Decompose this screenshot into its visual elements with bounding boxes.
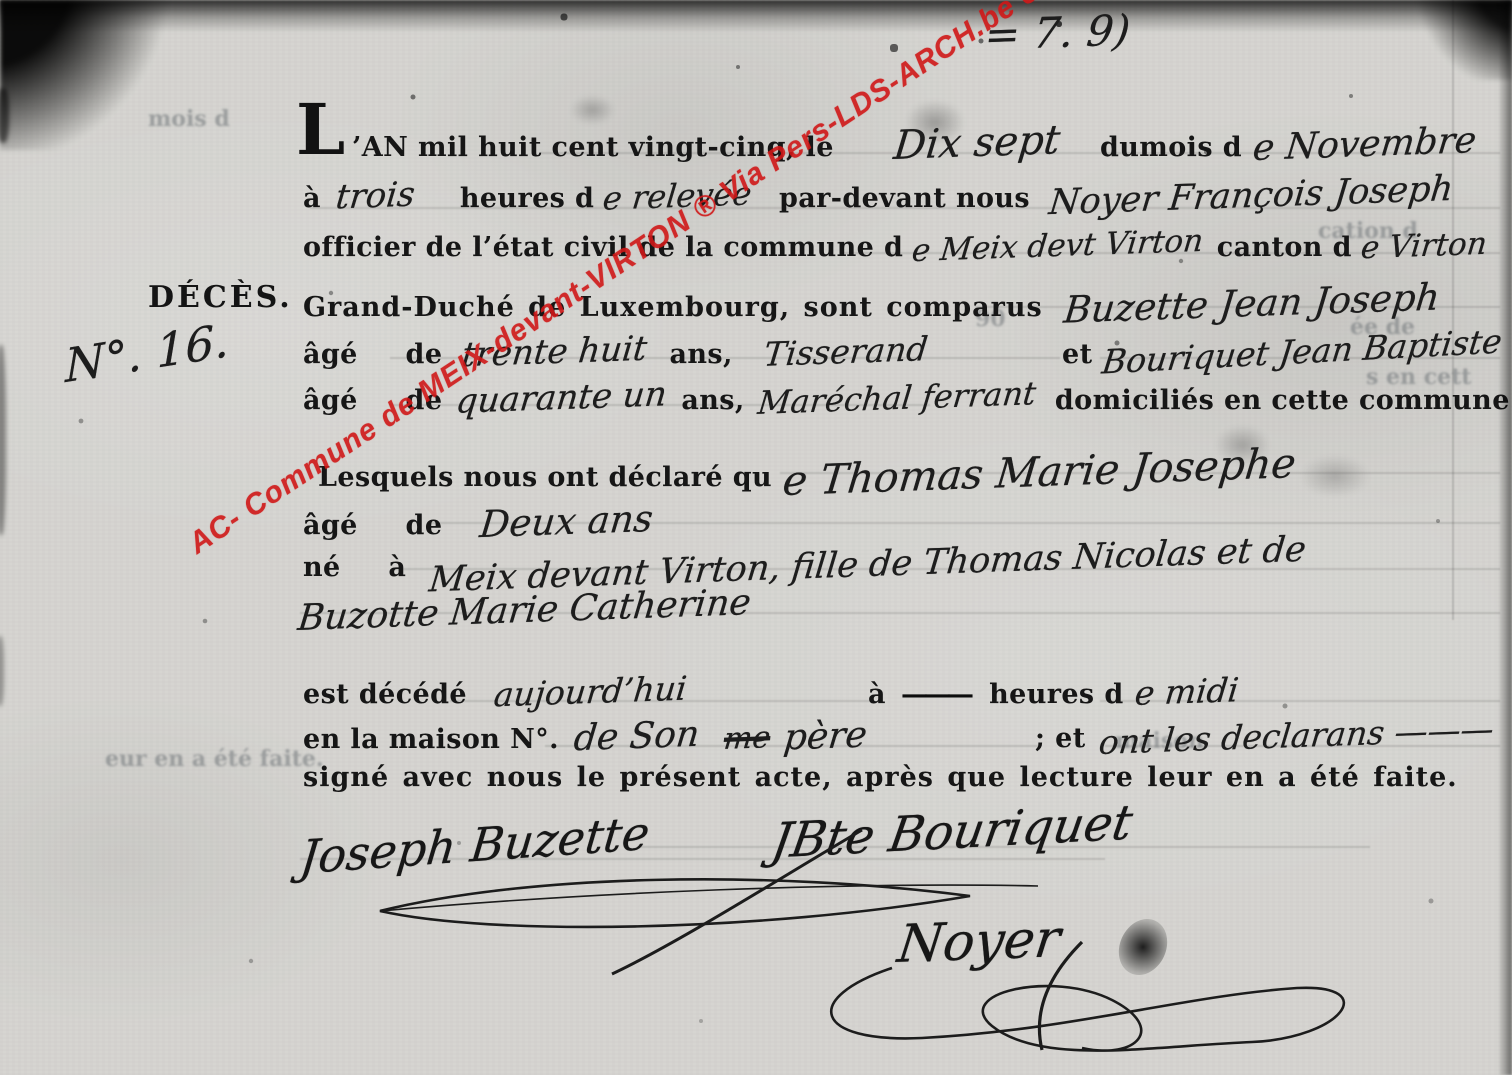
- handwritten-deceased-age: Deux ans: [477, 497, 654, 546]
- handwritten-deceased-name: e Thomas Marie Josephe: [781, 439, 1299, 505]
- handwritten-death-day: aujourd’hui: [492, 669, 689, 715]
- form-line-1: ’AN mil huit cent vingt-cinq, le Dix sep…: [352, 120, 1476, 166]
- blank-dash: ———: [901, 679, 970, 710]
- printed-text: ans,: [681, 385, 744, 416]
- scan-edge-right: [1498, 0, 1512, 1075]
- handwritten-occupation1: Tisserand: [762, 329, 930, 374]
- printed-text: Grand-Duché de Luxembourg, sont comparus: [303, 292, 1043, 323]
- printed-text: âgé de: [303, 339, 442, 370]
- printed-text: Lesquels nous ont déclaré qu: [318, 462, 772, 493]
- form-line-11b: à ——— heures d e midi: [868, 672, 1238, 711]
- printed-text: ans,: [669, 339, 732, 370]
- form-line-13: signé avec nous le présent acte, après q…: [303, 762, 1458, 793]
- printed-text: heures d: [460, 183, 595, 214]
- form-line-3: officier de l’état civil de la commune d…: [303, 228, 1487, 264]
- scan-corner-top-right: [1402, 0, 1512, 80]
- form-line-4: Grand-Duché de Luxembourg, sont comparus…: [303, 282, 1439, 325]
- form-line-9: né à Meix devant Virton, fille de Thomas…: [303, 545, 1307, 585]
- handwritten-day: Dix sept: [892, 117, 1063, 169]
- form-line-5b: et Bouriquet Jean Baptiste: [1062, 332, 1502, 371]
- printed-text: à: [868, 679, 886, 710]
- scan-edge-mark: [0, 345, 6, 535]
- printed-text: par-devant nous: [779, 183, 1030, 214]
- printed-text: signé avec nous le présent acte, après q…: [303, 762, 1458, 793]
- scanned-death-record: { "page": { "paper_color": "#d6d5d1", "i…: [0, 0, 1512, 1075]
- form-line-12b: ; et ont les declarans ———: [1035, 716, 1494, 755]
- handwritten-age2: quarante un: [453, 374, 668, 422]
- printed-text: canton d: [1217, 232, 1352, 263]
- printed-text: ; et: [1035, 723, 1086, 754]
- form-line-2: à trois heures d e relevée par-devant no…: [303, 176, 1453, 216]
- section-label: DÉCÈS.: [148, 280, 293, 315]
- scan-edge-top: [0, 0, 1512, 32]
- handwritten-hour: trois: [334, 175, 417, 218]
- scan-corner-top-left: [0, 0, 170, 150]
- handwritten-relation: père: [782, 714, 869, 758]
- printed-text: domiciliés en cette commune.: [1055, 385, 1512, 416]
- handwritten-mother-name: Buzotte Marie Catherine: [296, 582, 753, 639]
- form-line-7: Lesquels nous ont déclaré qu e Thomas Ma…: [318, 448, 1296, 496]
- handwritten-canton: e Virton: [1359, 226, 1489, 267]
- bleedthrough-text: eur en a été faite.: [105, 746, 324, 772]
- handwritten-occupation2: Maréchal ferrant: [756, 374, 1038, 422]
- form-line-10: Buzotte Marie Catherine: [298, 590, 751, 631]
- printed-text: dumois d: [1100, 132, 1242, 163]
- dropcap-initial: L: [296, 88, 345, 171]
- signature-officer: Noyer: [894, 909, 1063, 975]
- printed-text: et: [1062, 339, 1092, 370]
- form-line-8: âgé de Deux ans: [303, 500, 652, 543]
- form-line-12: en la maison N°. de Son me père: [303, 716, 867, 757]
- printed-text: à: [303, 183, 321, 214]
- printed-text: heures d: [989, 679, 1124, 710]
- handwritten-declarant1-name: Buzette Jean Joseph: [1062, 275, 1442, 331]
- handwritten-officer-name: Noyer François Joseph: [1047, 169, 1455, 223]
- handwritten-struck-word: me: [723, 720, 773, 757]
- handwritten-month: e Novembre: [1251, 120, 1478, 169]
- handwritten-death-hour: e midi: [1133, 670, 1241, 713]
- ink-blot: [1110, 911, 1176, 983]
- form-line-5: âgé de trente huit ans, Tisserand: [303, 332, 928, 372]
- form-line-11: est décédé aujourd’hui: [303, 672, 687, 711]
- margin-rule: [1452, 0, 1454, 620]
- printed-text: en la maison N°.: [303, 724, 559, 755]
- scan-edge-mark: [0, 88, 9, 143]
- printed-text: né à: [303, 552, 406, 583]
- handwritten-closing: ont les declarans ———: [1097, 709, 1496, 762]
- printed-text: âgé de: [303, 510, 442, 541]
- handwritten-commune: e Meix devt Virton: [911, 223, 1206, 269]
- handwritten-house: de Son: [572, 714, 702, 760]
- form-line-6: âgé de quarante un ans, Maréchal ferrant…: [303, 378, 1512, 418]
- signature-declarant1: Joseph Buzette: [298, 806, 653, 885]
- act-number: N°. 16.: [65, 313, 230, 393]
- scan-edge-mark: [0, 636, 4, 706]
- printed-text: est décédé: [303, 679, 467, 710]
- ink-smudge: [1300, 455, 1370, 497]
